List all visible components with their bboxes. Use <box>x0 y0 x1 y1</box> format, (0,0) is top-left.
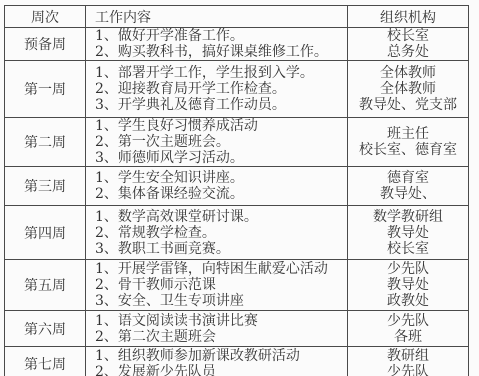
week-cell: 第三周 <box>5 167 86 206</box>
org-line: 少先队 <box>348 364 468 376</box>
tasks-cell: 1、部署开学工作，学生报到入学。2、迎接教育局开学工作检查。3、开学典礼及德育工… <box>86 61 348 118</box>
org-line: 政教处 <box>348 293 468 309</box>
task-line: 1、学生良好习惯养成活动 <box>86 118 347 134</box>
task-line: 1、数学高效课堂研讨课。 <box>86 209 347 225</box>
org-line: 教导处 <box>348 277 468 293</box>
tasks-cell: 1、开展学雷锋，向特困生献爱心活动2、骨干教师示范课3、安全、卫生专项讲座 <box>86 260 348 311</box>
org-line: 全体教师 <box>348 81 468 97</box>
table-row: 第二周1、学生良好习惯养成活动2、第一次主题班会。3、师德师风学习活动。班主任校… <box>5 118 469 167</box>
tasks-cell: 1、数学高效课堂研讨课。2、常规教学检查。3、教职工书画竞赛。 <box>86 206 348 260</box>
task-line: 1、语文阅读读书演讲比赛 <box>86 313 347 329</box>
table-row: 第四周1、数学高效课堂研讨课。2、常规教学检查。3、教职工书画竞赛。数学教研组教… <box>5 206 469 260</box>
table-row: 预备周1、做好开学准备工作。2、购买教科书，搞好课桌维修工作。校长室总务处 <box>5 28 469 61</box>
week-cell: 第七周 <box>5 347 86 376</box>
orgs-cell: 班主任校长室、德育室 <box>348 118 469 167</box>
tasks-cell: 1、语文阅读读书演讲比赛2、第二次主题班会 <box>86 311 348 347</box>
table-row: 第六周1、语文阅读读书演讲比赛2、第二次主题班会少先队各班 <box>5 311 469 347</box>
task-line: 3、安全、卫生专项讲座 <box>86 293 347 309</box>
task-line: 3、开学典礼及德育工作动员。 <box>86 97 347 113</box>
orgs-cell: 校长室总务处 <box>348 28 469 61</box>
task-line: 3、教职工书画竞赛。 <box>86 241 347 257</box>
tasks-cell: 1、学生安全知识讲座。2、集体备课经验交流。 <box>86 167 348 206</box>
header-week: 周次 <box>5 6 86 28</box>
week-cell: 预备周 <box>5 28 86 61</box>
tasks-cell: 1、组织教师参加新课改教研活动2、发展新少先队员 <box>86 347 348 376</box>
week-cell: 第六周 <box>5 311 86 347</box>
orgs-cell: 少先队各班 <box>348 311 469 347</box>
task-line: 2、集体备课经验交流。 <box>86 186 347 202</box>
org-line: 教导处、党支部 <box>348 97 468 113</box>
orgs-cell: 德育室教导处、 <box>348 167 469 206</box>
task-line: 2、常规教学检查。 <box>86 225 347 241</box>
task-line: 1、部署开学工作，学生报到入学。 <box>86 65 347 81</box>
org-line: 校长室 <box>348 28 468 44</box>
org-line: 校长室、德育室 <box>348 142 468 158</box>
orgs-cell: 少先队教导处政教处 <box>348 260 469 311</box>
tasks-cell: 1、学生良好习惯养成活动2、第一次主题班会。3、师德师风学习活动。 <box>86 118 348 167</box>
org-line: 教导处 <box>348 225 468 241</box>
scanned-document-page: 周次 工作内容 组织机构 预备周1、做好开学准备工作。2、购买教科书，搞好课桌维… <box>0 0 479 376</box>
org-line: 校长室 <box>348 241 468 257</box>
table-row: 第七周1、组织教师参加新课改教研活动2、发展新少先队员教研组少先队 <box>5 347 469 376</box>
tasks-cell: 1、做好开学准备工作。2、购买教科书，搞好课桌维修工作。 <box>86 28 348 61</box>
header-row: 周次 工作内容 组织机构 <box>5 6 469 28</box>
org-line: 德育室 <box>348 170 468 186</box>
task-line: 1、组织教师参加新课改教研活动 <box>86 348 347 364</box>
work-schedule-table: 周次 工作内容 组织机构 预备周1、做好开学准备工作。2、购买教科书，搞好课桌维… <box>4 5 469 376</box>
task-line: 1、学生安全知识讲座。 <box>86 170 347 186</box>
header-work-content: 工作内容 <box>86 6 348 28</box>
task-line: 2、第二次主题班会 <box>86 329 347 345</box>
org-line: 总务处 <box>348 44 468 60</box>
orgs-cell: 数学教研组教导处校长室 <box>348 206 469 260</box>
task-line: 2、发展新少先队员 <box>86 364 347 376</box>
header-organization: 组织机构 <box>348 6 469 28</box>
task-line: 2、第一次主题班会。 <box>86 134 347 150</box>
table-row: 第一周1、部署开学工作，学生报到入学。2、迎接教育局开学工作检查。3、开学典礼及… <box>5 61 469 118</box>
org-line: 少先队 <box>348 313 468 329</box>
org-line: 教研组 <box>348 348 468 364</box>
org-line: 数学教研组 <box>348 209 468 225</box>
week-cell: 第一周 <box>5 61 86 118</box>
table-row: 第三周1、学生安全知识讲座。2、集体备课经验交流。德育室教导处、 <box>5 167 469 206</box>
org-line: 各班 <box>348 329 468 345</box>
org-line: 班主任 <box>348 126 468 142</box>
task-line: 1、做好开学准备工作。 <box>86 28 347 44</box>
org-line: 少先队 <box>348 261 468 277</box>
task-line: 2、骨干教师示范课 <box>86 277 347 293</box>
week-cell: 第五周 <box>5 260 86 311</box>
task-line: 2、迎接教育局开学工作检查。 <box>86 81 347 97</box>
task-line: 2、购买教科书，搞好课桌维修工作。 <box>86 44 347 60</box>
table-row: 第五周1、开展学雷锋，向特困生献爱心活动2、骨干教师示范课3、安全、卫生专项讲座… <box>5 260 469 311</box>
org-line: 教导处、 <box>348 186 468 202</box>
orgs-cell: 全体教师全体教师教导处、党支部 <box>348 61 469 118</box>
task-line: 1、开展学雷锋，向特困生献爱心活动 <box>86 261 347 277</box>
week-cell: 第二周 <box>5 118 86 167</box>
table-body: 预备周1、做好开学准备工作。2、购买教科书，搞好课桌维修工作。校长室总务处第一周… <box>5 28 469 376</box>
orgs-cell: 教研组少先队 <box>348 347 469 376</box>
task-line: 3、师德师风学习活动。 <box>86 150 347 166</box>
org-line: 全体教师 <box>348 65 468 81</box>
week-cell: 第四周 <box>5 206 86 260</box>
